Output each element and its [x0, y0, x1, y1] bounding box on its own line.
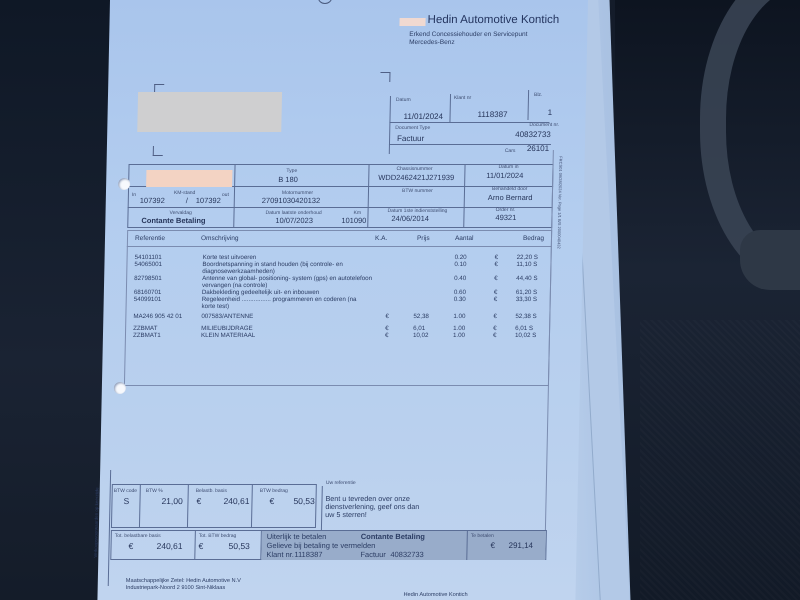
row-amount-currency: €	[494, 289, 498, 296]
row-description: KLEIN MATERIAAL	[201, 332, 255, 339]
row-price-currency: €	[385, 313, 389, 320]
row-quantity: 0.30	[454, 296, 466, 303]
row-description: Dakbekleding gedeeltelijk uit- en inbouw…	[202, 289, 319, 296]
behandeld-label: Behandeld door	[492, 186, 527, 192]
datum-in-value: 11/01/2024	[486, 171, 523, 180]
factuur-footer-value: 40832733	[390, 550, 424, 559]
footer-center: Hedin Automotive Kontich	[403, 592, 467, 598]
logo-fragment	[318, 0, 332, 4]
tot-basis-label: Tot. belastbare basis	[115, 533, 161, 539]
row-price: 52,38	[413, 313, 429, 320]
km-stand-label: KM-stand	[174, 190, 196, 196]
blz-box-left	[527, 90, 529, 120]
row-reference: ZZBMAT	[133, 325, 157, 332]
row-amount: 52,38 S	[515, 313, 536, 320]
row-reference: 54099101	[134, 296, 162, 303]
row-amount-currency: €	[494, 275, 498, 282]
te-betalen-label: Te betalen	[471, 533, 494, 539]
factuur-footer-label: Factuur	[360, 550, 386, 559]
btw-pct-label: BTW %	[146, 488, 163, 494]
type-value: B 180	[278, 175, 298, 184]
row-description: Antenne van global- positioning- system …	[202, 275, 372, 282]
type-label: Type	[286, 168, 297, 174]
km-out-value: 107392	[196, 196, 221, 205]
row-quantity: 0.20	[455, 254, 467, 261]
row-amount: 10,02 S	[515, 332, 536, 339]
line-items-table	[124, 230, 552, 386]
chassis-label: Chassisnummer	[396, 166, 432, 172]
document-type-value: Factuur	[397, 134, 424, 143]
col-aantal: Aantal	[455, 235, 474, 242]
datum-value: 11/01/2024	[403, 112, 443, 121]
row-quantity: 0.10	[454, 261, 466, 268]
redacted-address	[137, 92, 282, 132]
terms-side-text: Verkoopsvoorwaarden op keerzijde	[93, 487, 99, 557]
row-price-currency: €	[385, 332, 389, 339]
btw-bedrag-value: 50,53	[293, 496, 314, 506]
row-quantity: 1.00	[453, 332, 465, 339]
row-price: 10,02	[413, 332, 429, 339]
col-prijs: Prijs	[417, 235, 430, 242]
basis-value: 240,61	[223, 496, 249, 506]
dealer-subtitle-1: Erkend Concessiehouder en Servicepunt	[409, 31, 527, 38]
vat-side-rule	[108, 470, 111, 586]
row-reference: 68160701	[134, 289, 162, 296]
row-amount-currency: €	[493, 332, 497, 339]
cars-label: Cars	[505, 148, 516, 154]
row-amount: 61,20 S	[516, 289, 537, 296]
footer-line-2: Industriepark-Noord 2 9100 Sint-Niklaas	[126, 585, 226, 591]
km-value: 101090	[341, 216, 366, 225]
footer-line-1: Maatschappelijke Zetel: Hedin Automotive…	[126, 578, 241, 584]
col-ka: K.A.	[375, 235, 387, 242]
row-quantity: 0.60	[454, 289, 466, 296]
dealer-subtitle-2: Mercedes-Benz	[409, 39, 455, 46]
redacted-plate	[146, 170, 232, 187]
tot-basis-value: 240,61	[156, 541, 182, 551]
cars-value: 26101	[527, 144, 549, 153]
row-amount: 11,10 S	[516, 261, 537, 268]
address-corner-bl	[153, 146, 163, 156]
row-description: diagnosewerkzaamheden)	[202, 268, 275, 275]
tot-btw-value: 50,53	[228, 541, 249, 551]
klant-nr-label: Klant nr	[454, 95, 471, 101]
steering-wheel-spoke	[740, 230, 800, 290]
row-price-currency: €	[385, 325, 389, 332]
row-description: Korte test uitvoeren	[203, 254, 257, 261]
row-quantity: 1.00	[453, 313, 465, 320]
seat-texture	[640, 320, 800, 600]
row-description: Boordnetspanning in stand houden (bij co…	[202, 261, 343, 268]
uw-referentie-label: Uw referentie	[326, 480, 356, 486]
motor-value: 27091030420132	[262, 196, 321, 205]
feedback-line-3: uw 5 sterren!	[325, 510, 367, 519]
klant-nr-value: 1118387	[478, 110, 508, 119]
row-amount: 44,40 S	[516, 275, 537, 282]
row-amount-currency: €	[493, 325, 497, 332]
indienst-value: 24/06/2014	[391, 214, 429, 223]
row-price: 6,01	[413, 325, 425, 332]
btw-bedrag-label: BTW bedrag	[260, 488, 288, 494]
onderhoud-value: 10/07/2023	[275, 216, 313, 225]
behandeld-value: Arno Bernard	[488, 193, 533, 202]
row-reference: 54101101	[135, 254, 162, 261]
betaling-text: Contante Betaling	[361, 532, 425, 541]
col-bedrag: Bedrag	[523, 235, 544, 242]
btw-bedrag-currency: €	[269, 496, 274, 506]
btw-label: BTW nummer	[402, 188, 433, 194]
row-reference: MA246 905 42 01	[133, 313, 182, 320]
vehicle-grid-row2	[128, 207, 553, 208]
order-value: 49321	[495, 213, 516, 222]
doc-header-divider	[389, 96, 391, 154]
klant-nr-footer-value: 1118387	[294, 550, 322, 559]
row-reference: ZZBMAT1	[133, 332, 161, 339]
message-box-left	[321, 486, 323, 530]
document-nr-value: 40832733	[515, 130, 551, 139]
klant-nr-footer-label: Klant nr.	[266, 550, 294, 559]
klant-box-left	[449, 94, 451, 122]
gelieve-text: Gelieve bij betaling te vermelden	[266, 541, 375, 550]
dealer-name: Hedin Automotive Kontich	[427, 14, 559, 26]
row-amount-currency: €	[495, 254, 499, 261]
btw-code-label: BTW code	[114, 488, 137, 494]
row-amount-currency: €	[493, 313, 497, 320]
basis-currency: €	[196, 496, 201, 506]
row-description: korte test)	[202, 303, 230, 310]
btw-code-value: S	[123, 496, 129, 506]
document-type-label: Document Type	[395, 125, 430, 131]
km-in-value: 107392	[140, 196, 165, 205]
col-referentie: Referentie	[135, 235, 165, 242]
doc-header-rule	[389, 122, 549, 123]
row-description: MILIEUBIJDRAGE	[201, 325, 253, 332]
datum-in-label: Datum in	[498, 164, 518, 170]
chassis-value: WDD2462421J271939	[378, 173, 454, 182]
out-label: out	[222, 192, 229, 198]
invoice-sheet: Hedin Automotive Kontich Erkend Concessi…	[97, 0, 588, 600]
row-amount-currency: €	[494, 296, 498, 303]
row-description: vervangen (na controle)	[202, 282, 268, 289]
basis-label: Belastb. basis	[196, 488, 227, 494]
tot-btw-currency: €	[198, 541, 203, 551]
row-description: Regeleenheid ................. programme…	[202, 296, 357, 303]
col-omschrijving: Omschrijving	[201, 235, 239, 242]
punch-hole-middle	[114, 382, 126, 394]
km-separator: /	[186, 196, 188, 205]
tot-basis-currency: €	[128, 541, 133, 551]
row-amount: 6,01 S	[515, 325, 533, 332]
row-description: 007583/ANTENNE	[201, 313, 253, 320]
uiterlijk-text: Uiterlijk te betalen	[267, 532, 327, 541]
table-header-rule	[127, 246, 552, 247]
datum-label: Datum	[396, 97, 411, 103]
row-quantity: 0.40	[454, 275, 466, 282]
row-amount: 33,30 S	[516, 296, 537, 303]
te-betalen-currency: €	[490, 541, 495, 550]
address-corner-tr	[380, 72, 390, 82]
btw-pct-value: 21,00	[161, 496, 182, 506]
row-quantity: 1.00	[453, 325, 465, 332]
row-reference: 82798501	[134, 275, 162, 282]
vervaldag-value: Contante Betaling	[141, 216, 205, 225]
row-amount: 22,20 S	[517, 254, 538, 261]
te-betalen-value: 291,14	[508, 541, 533, 550]
tot-btw-label: Tot. BTW bedrag	[199, 533, 237, 539]
document-nr-label: Document nr.	[529, 122, 559, 128]
in-label: In	[132, 192, 136, 198]
margin-code: FRCS01 06/28/2024 Ver. Page 1/1 B/S 2000…	[557, 156, 564, 249]
row-reference: 54065001	[134, 261, 162, 268]
row-amount-currency: €	[494, 261, 498, 268]
blz-value: 1	[548, 108, 553, 117]
blz-label: Blz.	[534, 92, 542, 98]
redacted-dealer-prefix	[399, 18, 425, 26]
